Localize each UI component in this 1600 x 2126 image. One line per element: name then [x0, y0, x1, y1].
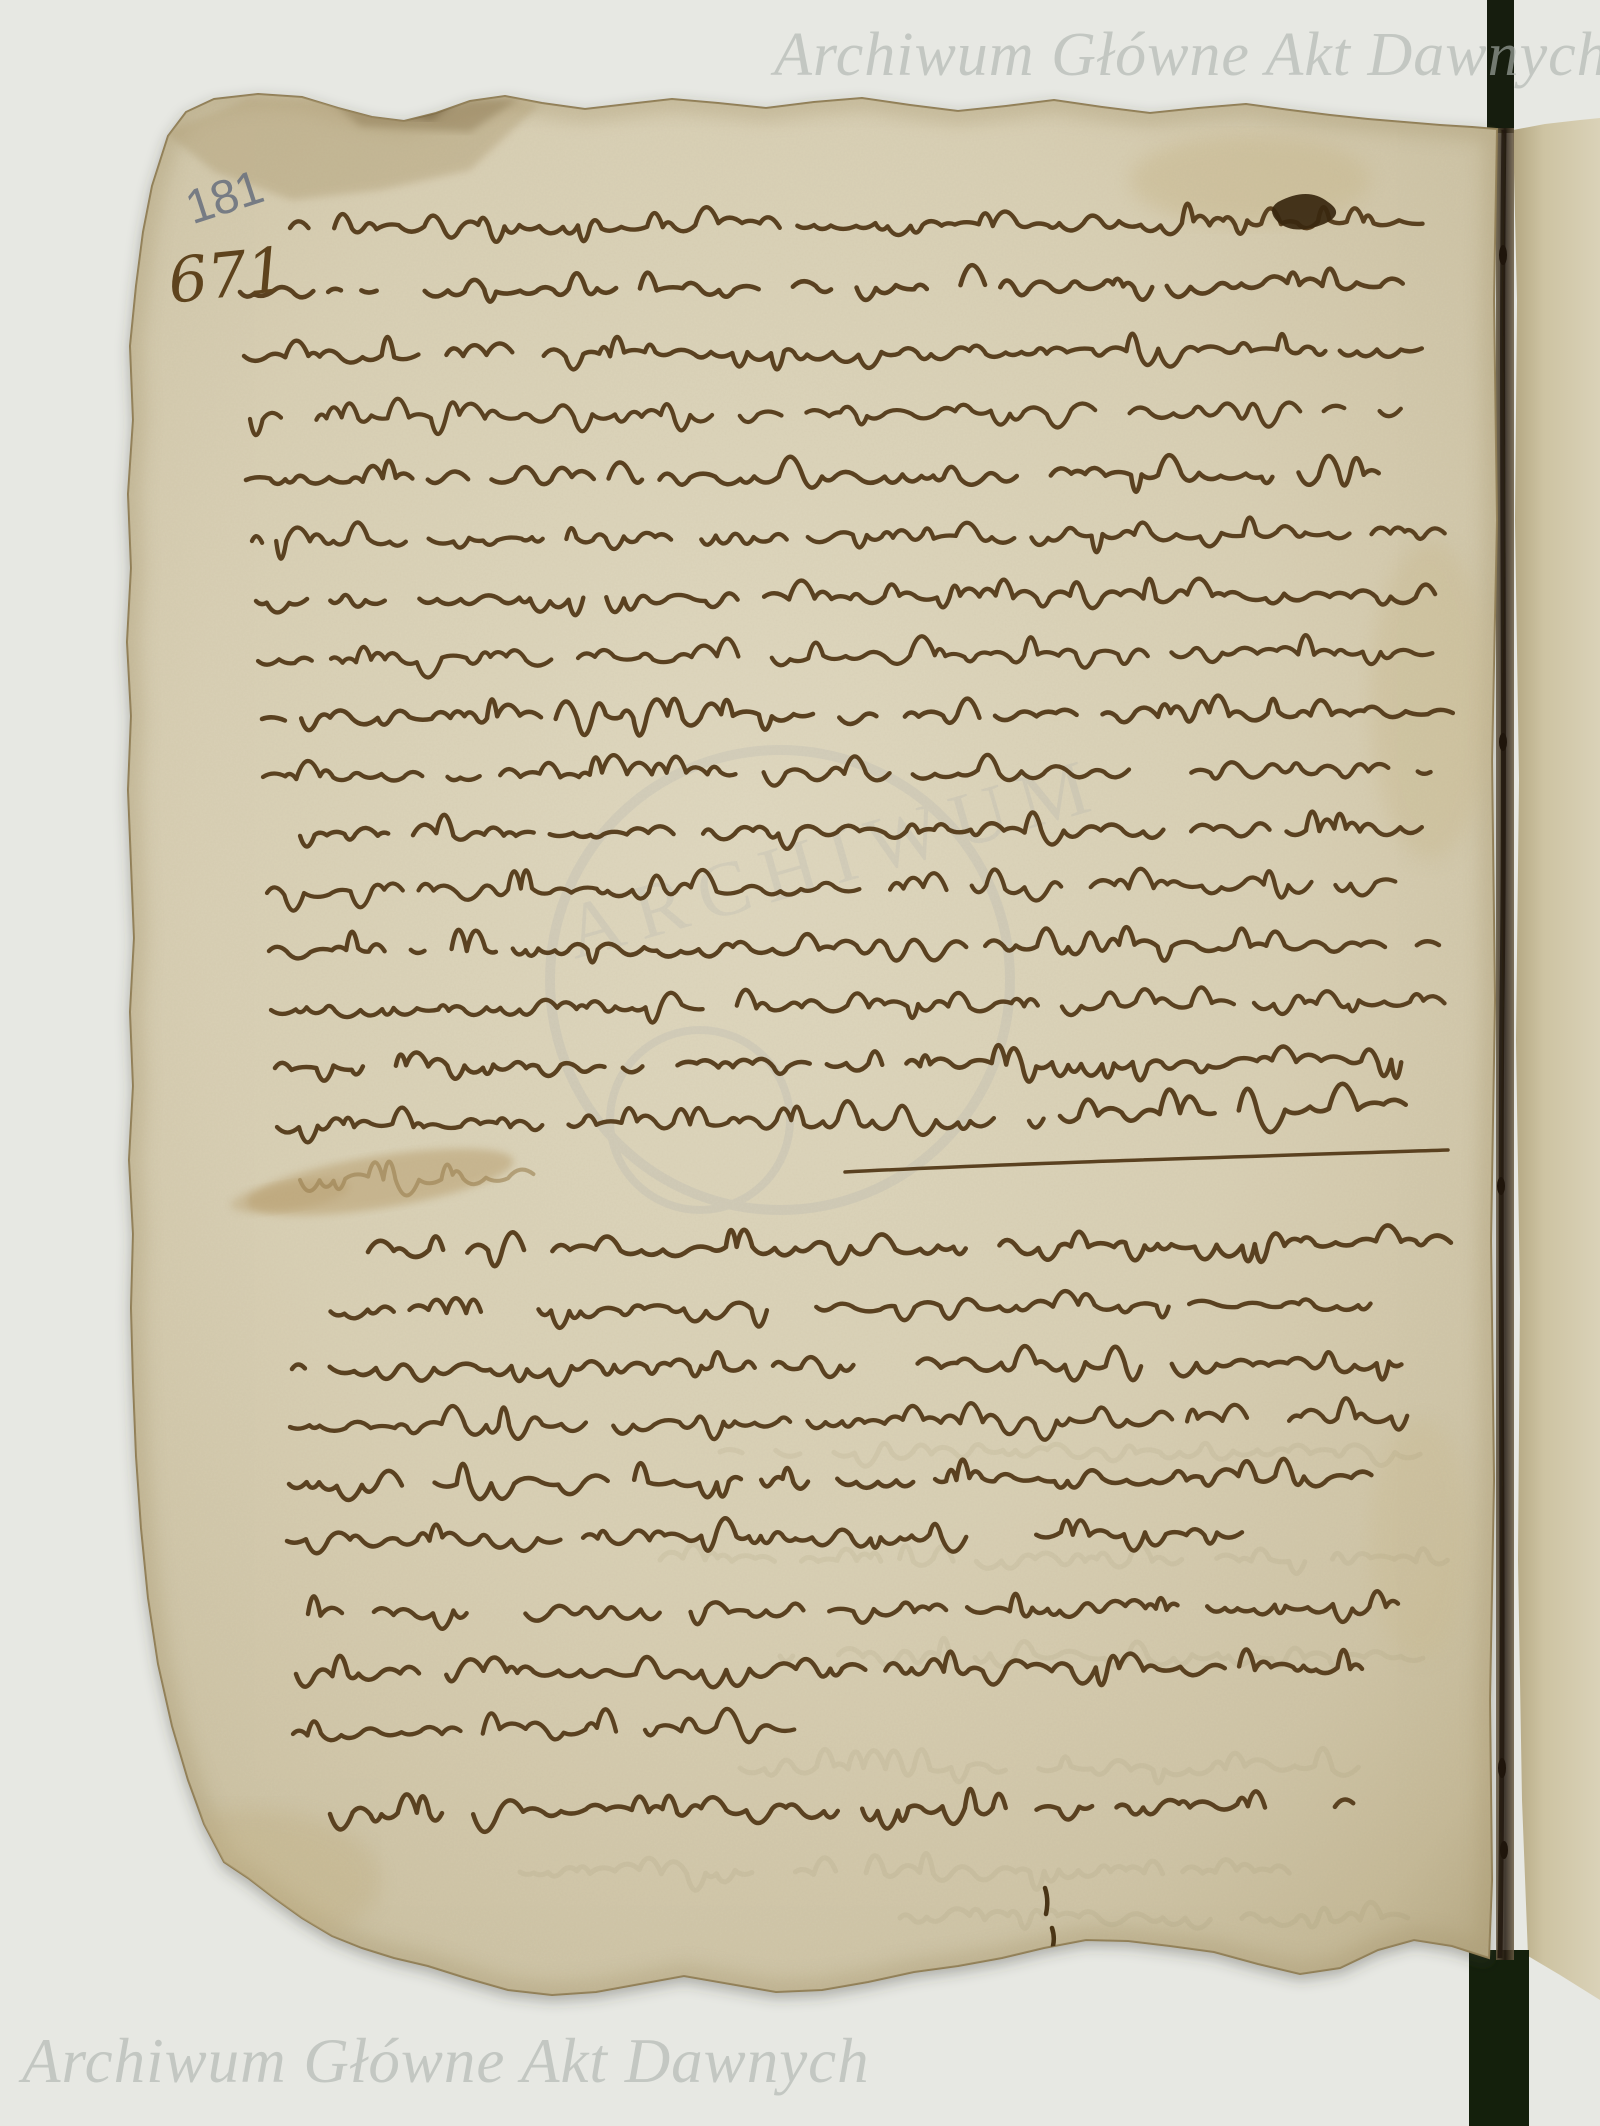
gutter-seam: [1500, 130, 1504, 1958]
facing-page-sliver: [1513, 118, 1600, 2000]
page-surface: ARCHIWUM 181 671: [100, 80, 1520, 2010]
archive-scan: ARCHIWUM 181 671 Archiwum Główne Akt Daw…: [0, 0, 1600, 2126]
binding-tape-bottom: [1469, 1950, 1529, 2126]
binding-tape-top: [1487, 0, 1514, 133]
manuscript-scan-canvas: ARCHIWUM 181 671: [0, 0, 1600, 2126]
folio-number-ink: 671: [165, 233, 290, 318]
